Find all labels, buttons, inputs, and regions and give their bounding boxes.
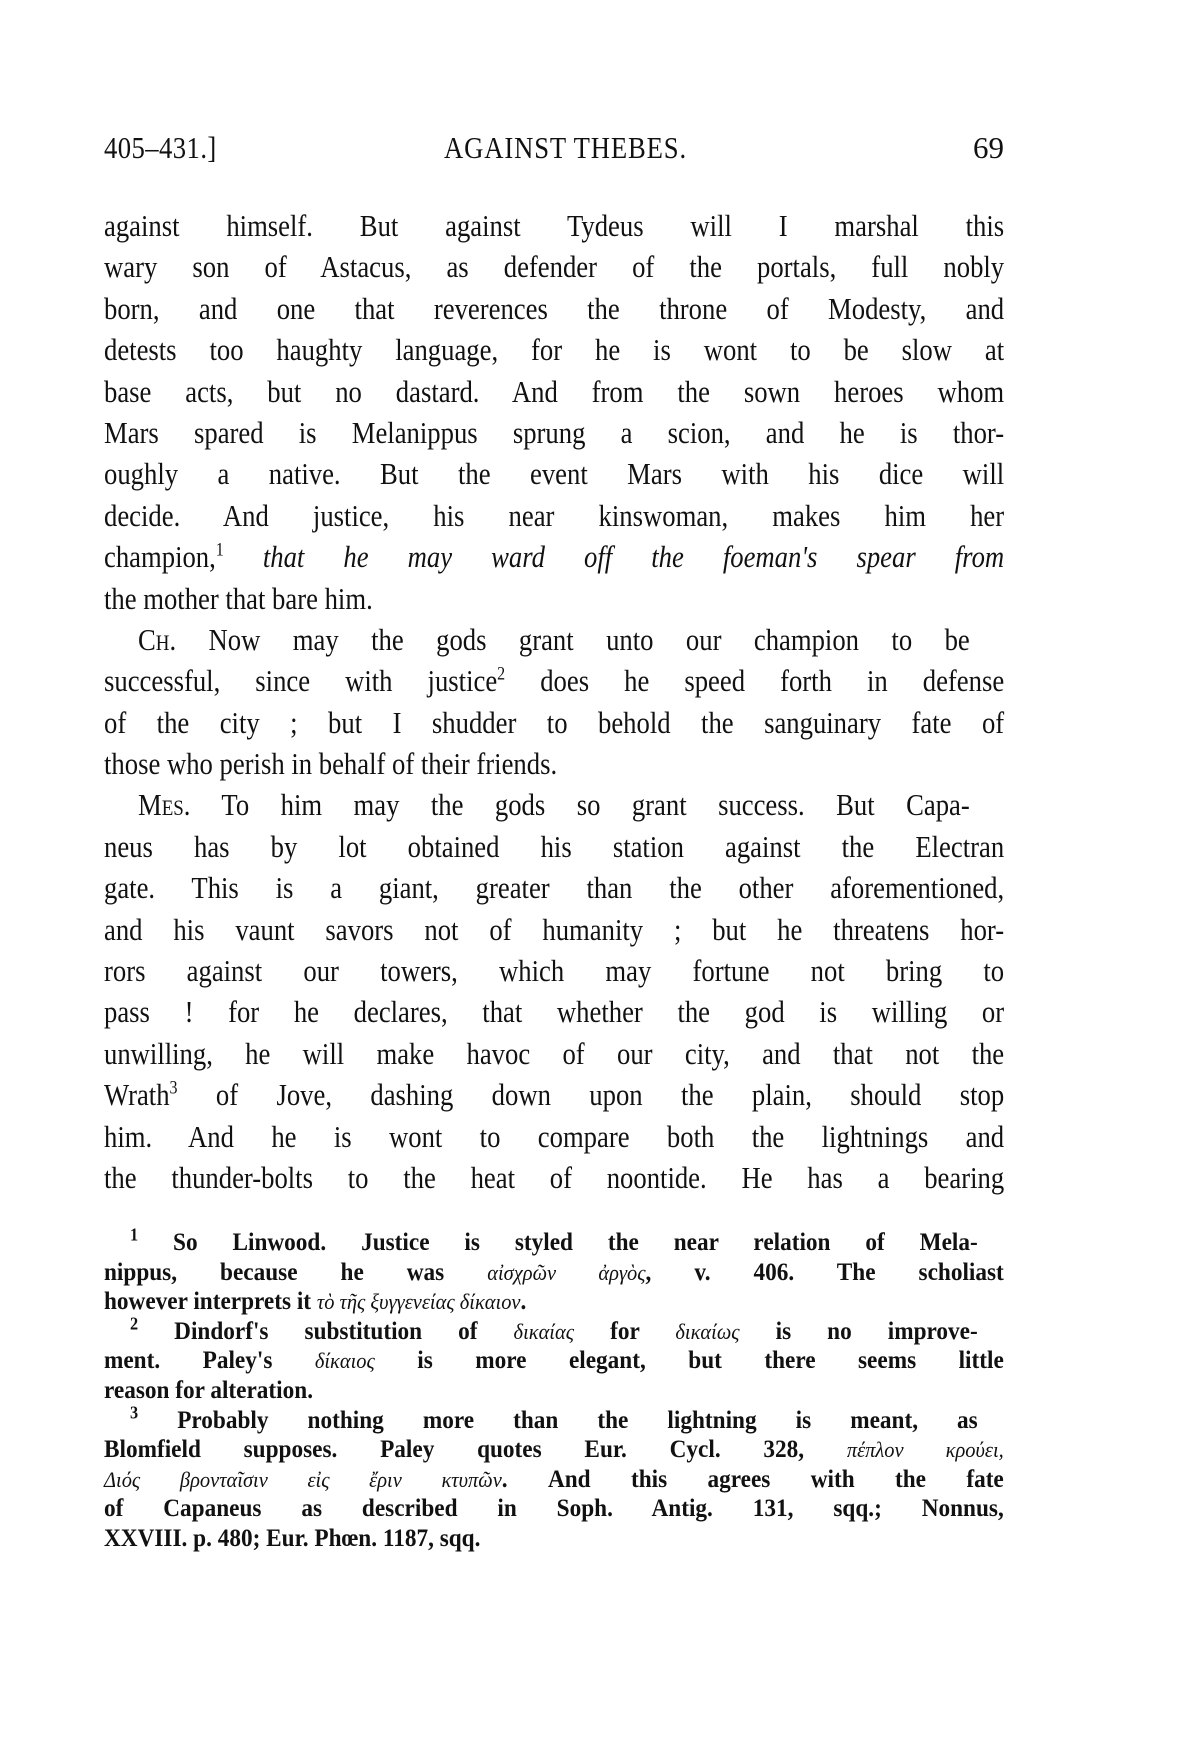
line-range: 405–431.] [104,130,217,166]
footnote-number: 3 [130,1402,138,1422]
line-text-italic: that he may ward off the foeman's spear … [224,539,1004,574]
footnote-line: of Capaneus as described in Soph. Antig.… [104,1494,1004,1524]
footnote-text: Blomfield supposes. Paley quotes Eur. Cy… [104,1436,847,1463]
greek-text: δικαίας [514,1319,574,1344]
line-text: rors against our towers, which may fortu… [104,953,1004,988]
footnote-line: nippus, because he was αἰσχρῶν ἀργὸς, v.… [104,1258,1004,1288]
body-line: the thunder-bolts to the heat of noontid… [104,1157,1004,1198]
footnote-text: ment. Paley's [104,1347,315,1374]
line-text: unwilling, he will make havoc of our cit… [104,1036,1004,1071]
footnote-line: 3 Probably nothing more than the lightni… [104,1406,1004,1436]
greek-text: δίκαιος [315,1348,375,1373]
body-line: him. And he is wont to compare both the … [104,1116,1004,1157]
line-text: him. And he is wont to compare both the … [104,1119,1004,1154]
body-line: wary son of Astacus, as defender of the … [104,246,1004,287]
footnote-text: Dindorf's substitution of [138,1318,513,1345]
line-text: does he speed forth in defense [505,663,1004,698]
line-text: gate. This is a giant, greater than the … [104,870,1004,905]
body-line: gate. This is a giant, greater than the … [104,867,1004,908]
book-page: 405–431.] AGAINST THEBES. 69 against him… [0,0,1177,1758]
body-text: against himself. But against Tydeus will… [104,205,1004,1198]
body-line: base acts, but no dastard. And from the … [104,371,1004,412]
footnote-text: . And this agrees with the fate [502,1466,1004,1493]
footnote-text: Probably nothing more than the lightning… [138,1407,978,1434]
line-text: decide. And justice, his near kinswoman,… [104,498,1004,533]
line-text: base acts, but no dastard. And from the … [104,374,1004,409]
footnote-line: 1 So Linwood. Justice is styled the near… [104,1228,1004,1258]
line-text: against himself. But against Tydeus will… [104,208,1004,243]
line-text: of the city ; but I shudder to behold th… [104,705,1004,740]
footnotes: 1 So Linwood. Justice is styled the near… [104,1228,1004,1554]
footnote-number: 2 [130,1313,138,1333]
greek-text: Διός βρονταῖσιν εἰς ἔριν κτυπῶν [104,1467,502,1492]
line-text: of Jove, dashing down upon the plain, sh… [178,1077,1005,1112]
footnote-text: is no improve- [740,1318,978,1345]
line-text: born, and one that reverences the throne… [104,291,1004,326]
page-number: 69 [973,130,1004,166]
line-text: the mother that bare him. [104,581,373,616]
footnote-text: So Linwood. Justice is styled the near r… [138,1229,978,1256]
body-line: born, and one that reverences the throne… [104,288,1004,329]
line-text: and his vaunt savors not of humanity ; b… [104,912,1004,947]
line-text: oughly a native. But the event Mars with… [104,456,1004,491]
footnote-text: of Capaneus as described in Soph. Antig.… [104,1495,1004,1522]
body-line: unwilling, he will make havoc of our cit… [104,1033,1004,1074]
greek-text: πέπλον κρούει, [847,1437,1004,1462]
line-text: Mars spared is Melanippus sprung a scion… [104,415,1004,450]
body-line: champion,1 that he may ward off the foem… [104,536,1004,577]
greek-text: τὸ τῆς ξυγγενείας δίκαιον [317,1289,521,1314]
footnote-line: ment. Paley's δίκαιος is more elegant, b… [104,1346,1004,1376]
footnote-line: Διός βρονταῖσιν εἰς ἔριν κτυπῶν. And thi… [104,1465,1004,1495]
speaker-label: Mes. [138,787,190,822]
footnote-text: for [574,1318,675,1345]
line-text: To him may the gods so grant success. Bu… [190,787,969,822]
line-text: wary son of Astacus, as defender of the … [104,249,1004,284]
footnote-text: . [521,1288,527,1315]
line-text: those who perish in behalf of their frie… [104,746,557,781]
speaker-label: Ch. [138,622,176,657]
line-text: successful, since with justice [104,663,497,698]
line-text: Wrath [104,1077,170,1112]
body-line: those who perish in behalf of their frie… [104,743,1004,784]
body-line: oughly a native. But the event Mars with… [104,453,1004,494]
body-line: Wrath3 of Jove, dashing down upon the pl… [104,1074,1004,1115]
footnote-line: however interprets it τὸ τῆς ξυγγενείας … [104,1287,1004,1317]
footnote-number: 1 [130,1225,138,1245]
line-text: the thunder-bolts to the heat of noontid… [104,1160,1004,1195]
footnote-line: 2 Dindorf's substitution of δικαίας for … [104,1317,1004,1347]
running-title: AGAINST THEBES. [444,130,687,166]
body-line: the mother that bare him. [104,578,1004,619]
footnote-text: , v. 406. The scholiast [646,1259,1004,1286]
footnote-text: reason for alteration. [104,1377,313,1404]
footnote-line: Blomfield supposes. Paley quotes Eur. Cy… [104,1435,1004,1465]
footnote-line: XXVIII. p. 480; Eur. Phœn. 1187, sqq. [104,1524,1004,1554]
footnote-line: reason for alteration. [104,1376,1004,1406]
body-line: detests too haughty language, for he is … [104,329,1004,370]
greek-text: δικαίως [675,1319,739,1344]
body-line: Mars spared is Melanippus sprung a scion… [104,412,1004,453]
footnote-text: is more elegant, but there seems little [375,1347,1004,1374]
body-line: decide. And justice, his near kinswoman,… [104,495,1004,536]
body-line: successful, since with justice2 does he … [104,660,1004,701]
footnote-ref: 3 [170,1078,178,1099]
body-line: pass ! for he declares, that whether the… [104,991,1004,1032]
body-line: against himself. But against Tydeus will… [104,205,1004,246]
footnote-text: however interprets it [104,1288,317,1315]
body-line: Ch. Now may the gods grant unto our cham… [104,619,1004,660]
line-text: champion, [104,539,216,574]
line-text: detests too haughty language, for he is … [104,332,1004,367]
body-line: neus has by lot obtained his station aga… [104,826,1004,867]
line-text: pass ! for he declares, that whether the… [104,994,1004,1029]
line-text: Now may the gods grant unto our champion… [176,622,970,657]
body-line: rors against our towers, which may fortu… [104,950,1004,991]
body-line: and his vaunt savors not of humanity ; b… [104,909,1004,950]
body-line: of the city ; but I shudder to behold th… [104,702,1004,743]
line-text: neus has by lot obtained his station aga… [104,829,1004,864]
body-line: Mes. To him may the gods so grant succes… [104,784,1004,825]
greek-text: αἰσχρῶν ἀργὸς [487,1260,645,1285]
footnote-text: nippus, because he was [104,1259,487,1286]
running-header: 405–431.] AGAINST THEBES. 69 [104,130,1004,170]
footnote-text: XXVIII. p. 480; Eur. Phœn. 1187, sqq. [104,1525,480,1552]
